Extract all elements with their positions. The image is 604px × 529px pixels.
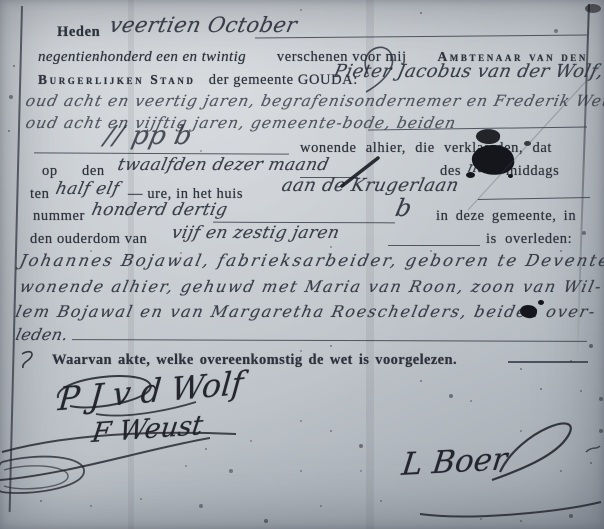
fill-line (478, 197, 590, 200)
printed-age-label: den ouderdom van (30, 231, 148, 248)
handwritten-declarant1-name: Pieter Jacobus van der Wolf, (332, 61, 604, 82)
signature-witness1: P J v d Wolf (57, 364, 245, 419)
closing-dash-line (508, 361, 588, 363)
printed-heden: Heden (57, 24, 100, 41)
handwritten-age: vijf en zestig jaren (170, 223, 342, 243)
fill-line (388, 245, 480, 246)
printed-overleden: is overleden: (486, 231, 572, 248)
handwritten-address: aan de Krugerlaan (280, 175, 461, 196)
handwritten-declarant1-details: oud acht en veertig jaren, begrafenisond… (24, 92, 604, 110)
handwritten-date: veertien October (107, 13, 299, 37)
handwritten-deceased-line1: Johannes Bojawal, fabrieksarbeider, gebo… (18, 251, 604, 270)
handwritten-hour: half elf (54, 179, 121, 199)
margin-loop-flourish (4, 466, 68, 489)
printed-residing: wonende alhier, die verklaarden, dat (300, 140, 552, 157)
printed-gemeente: in deze gemeente, in (436, 208, 576, 225)
fill-line (255, 35, 587, 39)
printed-registry-line: Burgerlijken Stand der gemeente GOUDA: (38, 72, 358, 89)
handwritten-house-number: honderd dertig (90, 200, 230, 220)
fill-line (72, 339, 587, 342)
handwritten-deceased-line2: wonende alhier, gehuwd met Maria van Roo… (18, 277, 604, 296)
handwritten-deceased-line4: leden. (14, 325, 70, 344)
ink-blot (524, 141, 531, 146)
signature-witness2: F Weust (90, 410, 205, 449)
margin-hook-mark (22, 352, 32, 368)
printed-middags: middags (506, 163, 559, 180)
ink-smudge (585, 4, 601, 13)
handwritten-death-day: twaalfden dezer maand (116, 155, 331, 175)
handwritten-paraph: b (393, 194, 415, 222)
dust-specks (0, 0, 2, 2)
ink-blot (508, 174, 513, 178)
ink-blot (466, 172, 475, 178)
ink-blot (538, 300, 544, 305)
printed-ten: ten (30, 186, 50, 203)
signature-registrar: L Boer (400, 441, 509, 483)
handwritten-paraph-marks: // pp b (102, 121, 195, 151)
printed-den: den (82, 163, 105, 180)
printed-year: negentienhonderd een en twintig (38, 49, 246, 66)
margin-scrawl (586, 446, 600, 452)
margin-loop-flourish (0, 457, 84, 493)
printed-op: op (42, 163, 58, 180)
printed-registry: Burgerlijken Stand (38, 72, 196, 87)
signature3-underline (420, 502, 601, 516)
printed-nummer: nummer (33, 208, 85, 225)
printed-closing-statement: Waarvan akte, welke overeenkomstig de we… (52, 352, 457, 369)
death-certificate-photo: Heden veertien October negentienhonderd … (0, 0, 604, 529)
handwritten-deceased-line3: lem Bojawal en van Margaretha Roeschelde… (14, 302, 598, 321)
